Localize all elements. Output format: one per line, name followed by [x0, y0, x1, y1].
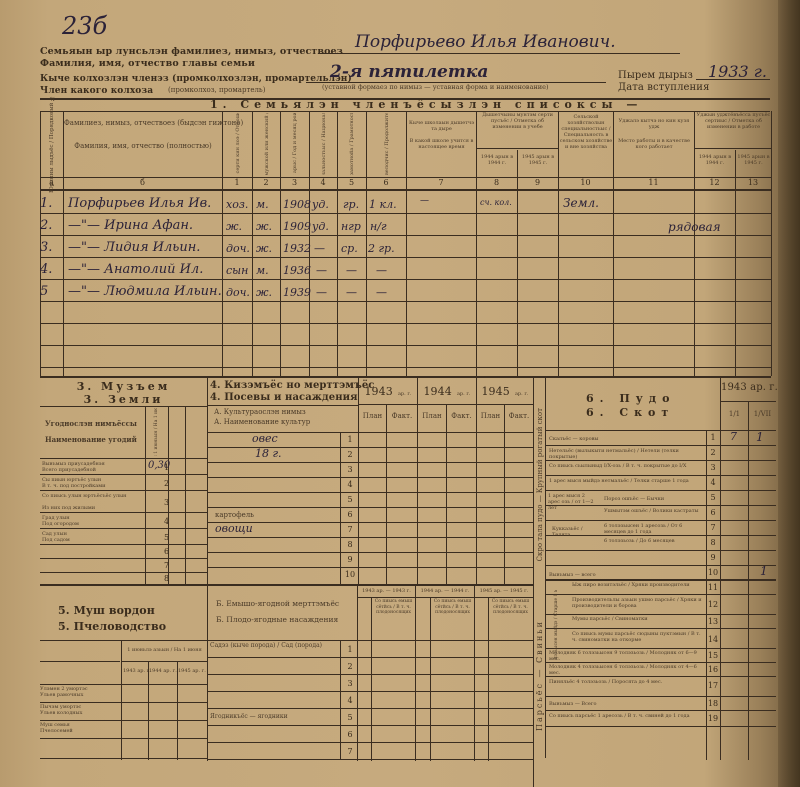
col-header-1: Семьяын ыр лунсь серти кин лоэ / Отношен…: [223, 113, 252, 175]
col-header-3: Чужан арыс / Год и месяц рождения: [281, 113, 309, 175]
entry-date-label-komi: Пырем дырыз: [618, 70, 693, 81]
fruit-row-1: Садэз (кыче порода) / Сад (порода) 1: [207, 641, 533, 658]
section4b-title-komi: Б. Емышо-ягодной мерттэмъёс: [216, 600, 339, 607]
section4-year-1945: 1945 ар. г.: [477, 380, 533, 399]
land-row-2: Сы пиын юртъёс улын В т. ч. под постройк…: [40, 475, 207, 491]
section4b-col-b-1944: Со пиысь емыш сётйсь / В т. ч. плодонося…: [431, 599, 474, 616]
section5-title-ru: 5. Пчеловодство: [58, 620, 166, 633]
col-header-4: Национальностьыс / Национальность: [310, 113, 337, 175]
kolkhoz-value: 2-я пятилетка: [330, 62, 488, 82]
land-row-4: Град улын Под огородом 4: [40, 513, 207, 529]
section5-year-1944: 1944 ар. г.: [149, 668, 177, 674]
side-label-pigs: Парсьёс — Свиньи: [534, 595, 545, 755]
section4-sub-ru: А. Наименование культур: [214, 419, 310, 426]
col-num-8: 8: [476, 178, 517, 187]
livestock-row-4: 1 арес мыся мыйдэ нетмальёс / Телки стар…: [546, 476, 776, 491]
sheet-number: 23б: [62, 12, 107, 40]
col-num-b: б: [63, 178, 222, 187]
kolkhoz-label-ru: Член какого колхоза: [40, 86, 153, 96]
fact-1945: Факт.: [505, 413, 533, 420]
livestock-row-10: Вывъмыз — всего 10 1: [546, 566, 776, 581]
land-row-7: 7: [40, 559, 207, 573]
crop-row-6: картофель 6: [207, 508, 533, 523]
section4-year-1943: 1943 ар. г.: [359, 380, 417, 399]
col-header-5: Грамотнойа / Грамотность: [338, 113, 366, 175]
col-header-2: Пол мужской или женский / Пол: [253, 113, 280, 175]
col-num-1: 1: [222, 178, 252, 187]
section6-year: 1943 ар. г.: [721, 382, 776, 393]
family-head-label-komi: Семьяын ыр лунсьлэн фамилиез, нимыз, отч…: [40, 46, 343, 57]
col-num-4: 4: [309, 178, 337, 187]
land-row-5: Сад улын Под садом 5: [40, 529, 207, 545]
section6-title-komi: 6. Пудо: [586, 392, 675, 405]
crop-row-7: овощи 7: [207, 523, 533, 538]
livestock-row-8: 6 толэзьозь / До 6 месяцев 8: [546, 536, 776, 551]
bee-row-3: Муш семья Пчелосемей: [40, 722, 73, 734]
section1-title: 1. Семьялэн членъёсызлэн списоксы —: [210, 98, 642, 111]
col-header-10: Сельской хозяйстволын специальностьыс / …: [559, 114, 613, 150]
livestock-row-18: Вывъмыз — Всего 18: [546, 697, 776, 711]
entry-date-label-ru: Дата вступления: [618, 82, 710, 93]
crop-row-10: 10: [207, 568, 533, 583]
fruit-row-3: 3: [207, 675, 533, 692]
col-num-10: 10: [558, 178, 613, 187]
crop-row-1: овес 1: [207, 433, 533, 448]
section3-col-label-komi: Угоднослэн нимъёссы: [45, 420, 137, 427]
page-edge-shadow: [778, 0, 800, 787]
col-header-8: 1944 арын в 1944 г.: [478, 154, 516, 166]
section4b-title-ru: Б. Плодо-ягодные насаждения: [216, 616, 338, 623]
fruit-row-5: Ягодникъёс — ягодники 5: [207, 709, 533, 726]
col-header-12: 1944 арын в 1944 г.: [696, 154, 734, 166]
section5-col-head: 1 июньлэ азьын / На 1 июня: [122, 647, 207, 653]
section4-sub-komi: А. Культураослэн нимыз: [214, 409, 306, 416]
livestock-row-1: Скалъёс — коровы 1 7 1: [546, 431, 776, 446]
col-header-13: 1945 арын в 1945 г.: [736, 154, 771, 166]
section4-title-komi: 4. Кизэмъёс но мерттэмъёс: [210, 380, 375, 391]
section6-title-ru: 6. Скот: [586, 406, 674, 419]
side-label-cattle: Скро тала пудо — Крупный рогатый скот: [534, 380, 545, 590]
livestock-row-6: Ушмытэм ошъёс / Волики кастраты 6: [546, 506, 776, 521]
section3-title-komi: 3. Музъем: [40, 380, 207, 393]
livestock-row-2: Нетельёс (вылыкыти нетмальёс) / Нетели (…: [546, 446, 776, 461]
livestock-row-9: 9: [546, 551, 776, 566]
section3-col-label-ru: Наименование угодий: [45, 436, 137, 443]
livestock-row-14: Со пиысь мумы парсьёс сюдыны пуктэмын / …: [546, 629, 776, 649]
livestock-row-5: 1 арес мыся 2 арес озь / от 1—2 лет Поро…: [546, 491, 776, 506]
crop-row-5: 5: [207, 493, 533, 508]
kolkhoz-note: (уставной формаез по нимыз — уставная фо…: [322, 84, 549, 91]
pig-group-label: 8 толэзьысен мыйдэ / Старше 8 мес.: [547, 590, 567, 660]
section4b-rows: Садэз (кыче порода) / Сад (порода) 1 2 3…: [207, 641, 533, 760]
col-num-7: 7: [406, 178, 476, 187]
section6-col-1: 1/1: [721, 411, 748, 418]
land-row-3: Со пиысь улын юртъёсъёс улын Из них под …: [40, 491, 207, 513]
col-header-12-13-top: Уджын уджтёвъёсса пусъёс сертиыс / Отмет…: [696, 112, 771, 130]
col-num-11: 11: [613, 178, 694, 187]
col-header-b: Фамилиез, нимыз, отчествоез (быдсэн гижт…: [64, 120, 222, 150]
col-header-8-9-top: Дышетчыны мунтэм серти пусъёс / Отметка …: [478, 112, 557, 130]
bee-row-2: Пычэм умортэс Ульев колодных: [40, 704, 82, 716]
fact-1943: Факт.: [387, 413, 417, 420]
col-header-11: Уджалэ кытчэ но кин кузя удж Место работ…: [614, 118, 694, 150]
land-row-6: 6: [40, 545, 207, 559]
fact-1944: Факт.: [447, 413, 476, 420]
livestock-row-13: Мумы парсьёс / Свиноматки 13: [546, 615, 776, 629]
col-num-3: 3: [280, 178, 309, 187]
section4-title-ru: 4. Посевы и насаждения: [210, 392, 358, 403]
section6-rows: Скалъёс — коровы 1 7 1 Нетельёс (вылыкыт…: [546, 431, 776, 727]
kolkhoz-label-ru-note: (промколхоз, промартель): [168, 87, 265, 94]
col-num-12: 12: [694, 178, 735, 187]
col-num-a: а: [40, 178, 63, 187]
census-form-page: 23б Семьяын ыр лунсьлэн фамилиез, нимыз,…: [0, 0, 800, 787]
family-head-value: Порфирьево Илья Иванович.: [355, 32, 616, 52]
col-header-9: 1945 арын в 1945 г.: [518, 154, 558, 166]
col-header-a: Юрзыны лыдъёс / Порядковый №: [42, 113, 62, 175]
fruit-row-7: 7: [207, 743, 533, 760]
crop-row-4: 4: [207, 478, 533, 493]
livestock-row-7: Кукказьёс / Телята 6 толэзьысен 1 аресоз…: [546, 521, 776, 536]
crop-row-9: 9: [207, 553, 533, 568]
section5-year-1945: 1945 ар. г.: [178, 668, 206, 674]
crop-row-8: 8: [207, 538, 533, 553]
section4b-year-1943: 1943 ар. — 1943 г.: [358, 588, 415, 594]
crop-row-3: 3: [207, 463, 533, 478]
crop-row-2: 18 г. 2: [207, 448, 533, 463]
section4b-col-b-1945: Со пиысь емыш сётйсь / В т. ч. плодонося…: [489, 599, 532, 616]
livestock-row-12: Производительлы азьын ушмо парсьёс / Хря…: [546, 595, 776, 615]
entry-date-value: 1933 г.: [708, 62, 767, 81]
col-header-6: Кутшом школаын велодчис / Продолжительно…: [367, 113, 406, 175]
livestock-row-15: Молодняк 6 толэзьысен 9 толэзьозь / Моло…: [546, 649, 776, 663]
section4-rows: овес 1 18 г. 2 3 4 5 картофель 6 овощи 7…: [207, 433, 533, 583]
section5-title-komi: 5. Муш вордон: [58, 604, 155, 617]
plan-1945: План: [477, 413, 504, 420]
section4-year-1944: 1944 ар. г.: [418, 380, 476, 399]
col-header-7: Кыче школаын дышетчэ та дыре В какой шко…: [407, 120, 476, 150]
section6-col-2: 1/VII: [749, 411, 776, 418]
plan-1944: План: [418, 413, 446, 420]
family-head-label-ru: Фамилия, имя, отчество главы семьи: [40, 58, 255, 69]
fruit-row-4: 4: [207, 692, 533, 709]
livestock-row-16: Молодняк 4 толэзьысен 6 толэзьозь / Моло…: [546, 663, 776, 677]
col-num-5: 5: [337, 178, 366, 187]
col-num-2: 2: [252, 178, 280, 187]
land-row-1: Вывъмыз приусадебнэя Всего приусадебной …: [40, 459, 207, 475]
livestock-row-19: Со пиысь парсьёс 1 аресозь / В т. ч. сви…: [546, 711, 776, 727]
section3-col-head: 1943 арын 1 июньын / На 1 июня 1943 г.: [146, 408, 168, 456]
section4b-year-1944: 1944 ар. — 1944 г.: [416, 588, 474, 594]
section3-title-ru: 3. Земли: [40, 393, 207, 406]
col-num-9: 9: [517, 178, 558, 187]
livestock-row-17: Пиняльёс 4 толэзьозь / Поросята до 4 мес…: [546, 677, 776, 697]
livestock-row-11: Ыж пиро возитэльёс / Хряки производители…: [546, 581, 776, 595]
section5-year-1943: 1943 ар. г.: [123, 668, 151, 674]
section4b-col-b-1943: Со пиысь емыш сётйсь / В т. ч. плодонося…: [372, 599, 415, 616]
section3-rows: Вывъмыз приусадебнэя Всего приусадебной …: [40, 459, 207, 585]
fruit-row-2: 2: [207, 658, 533, 675]
livestock-row-3: Со пиысь сьылыныд I/X-озь / В т. ч. покр…: [546, 461, 776, 476]
fruit-row-6: 6: [207, 726, 533, 743]
col-num-13: 13: [735, 178, 771, 187]
col-num-6: 6: [366, 178, 406, 187]
plan-1943: План: [359, 413, 386, 420]
section4b-year-1945: 1945 ар. — 1945 г.: [475, 588, 533, 594]
bee-row-1: Улэмен 2 умортэс Ульев рамочных: [40, 686, 88, 698]
